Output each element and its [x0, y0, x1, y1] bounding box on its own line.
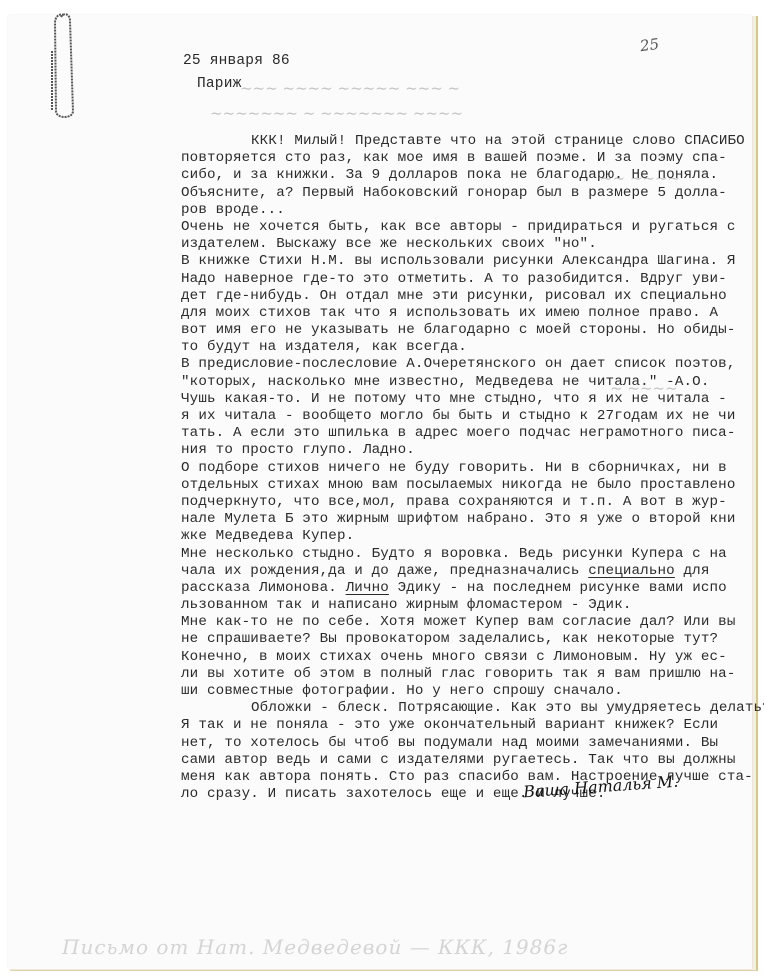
letter-line: Я так и не поняла - это уже окончательны… [181, 717, 621, 734]
letter-line: льзованном так и написано жирным фломаст… [181, 597, 621, 614]
letter-line: В предисловие-послесловие А.Очеретянског… [181, 356, 621, 373]
letter-line: дет где-нибудь. Он отдал мне эти рисунки… [181, 288, 621, 305]
letter-line: Мне как-то не по себе. Хотя может Купер … [181, 614, 621, 631]
letter-line: Чушь какая-то. И не потому что мне стыдн… [181, 391, 621, 408]
letter-line: Очень не хочется быть, как все авторы - … [181, 219, 621, 236]
underlined-word: Лично [346, 580, 389, 596]
letter-line: ККК! Милый! Представте что на этой стран… [181, 133, 621, 150]
letter-line: ния то просто глупо. Ладно. [181, 442, 621, 459]
letter-line: Объясните, а? Первый Набоковский гонорар… [181, 185, 621, 202]
underlined-word: специально [588, 563, 675, 579]
letter-place: Париж [197, 76, 242, 92]
letter-line: Мне несколько стыдно. Будто я воровка. В… [181, 546, 621, 563]
letter-line: сами автор ведь и сами с издателями руга… [181, 752, 621, 769]
letter-line: Надо наверное где-то это отметить. А то … [181, 271, 621, 288]
bleed-through-handwriting: ~~~~ ~~~~~~~ ~ ~~~~~~~ [210, 105, 463, 123]
letter-line: рассказа Лимонова. Лично Эдику - на посл… [181, 580, 621, 597]
letter-line: Обложки - блеск. Потрясающие. Как это вы… [181, 700, 621, 717]
letter-line: не спрашиваете? Вы провокатором заделали… [181, 631, 621, 648]
letter-line: жке Медведева Купер. [181, 528, 621, 545]
letter-line: чала их рождения,да и до даже, предназна… [181, 563, 621, 580]
letter-line: для моих стихов так что я использовать и… [181, 305, 621, 322]
letter-line: отдельных стихах мною вам посылаемых ник… [181, 477, 621, 494]
letter-body: ККК! Милый! Представте что на этой стран… [181, 133, 621, 803]
letter-line: ши совместные фотографии. Но у него спро… [181, 683, 621, 700]
letter-line: повторяется сто раз, как мое имя в вашей… [181, 150, 621, 167]
letter-line: нале Мулета Б это жирным шрифтом набрано… [181, 511, 621, 528]
letter-line: "которых, насколько мне известно, Медвед… [181, 374, 621, 391]
letter-line: вот имя его не указывать не благодарно с… [181, 322, 621, 339]
letter-line: подчеркнуто, что все,мол, права сохраняю… [181, 494, 621, 511]
letter-line: тать. А если это шпилька в адрес моего п… [181, 425, 621, 442]
paperclip-icon [45, 11, 80, 123]
letter-line: О подборе стихов ничего не буду говорить… [181, 460, 621, 477]
letter-line: Конечно, в моих стихах очень много связи… [181, 649, 621, 666]
letter-line: я их читала - вообщето могло бы быть и с… [181, 408, 621, 425]
letter-line: то будут на издателя, как всегда. [181, 339, 621, 356]
pencil-annotation: Письмо от Нат. Медведевой — ККК, 1986г [62, 935, 568, 959]
bleed-through-handwriting: ~ ~~~ ~~~~~ ~~~~ ~~~ [240, 80, 460, 98]
letter-line: В книжке Стихи Н.М. вы использовали рису… [181, 253, 621, 270]
letter-date: 25 января 86 [183, 53, 290, 69]
letter-line: нет, то хотелось бы чтоб вы подумали над… [181, 735, 621, 752]
letter-line: издателем. Выскажу все же нескольких сво… [181, 236, 621, 253]
page-number-mark: 25 [639, 35, 660, 55]
letter-line: ли вы хотите об этом в полный глас говор… [181, 666, 621, 683]
letter-line: ров вроде... [181, 202, 621, 219]
letter-line: сибо, и за книжки. За 9 долларов пока не… [181, 167, 621, 184]
